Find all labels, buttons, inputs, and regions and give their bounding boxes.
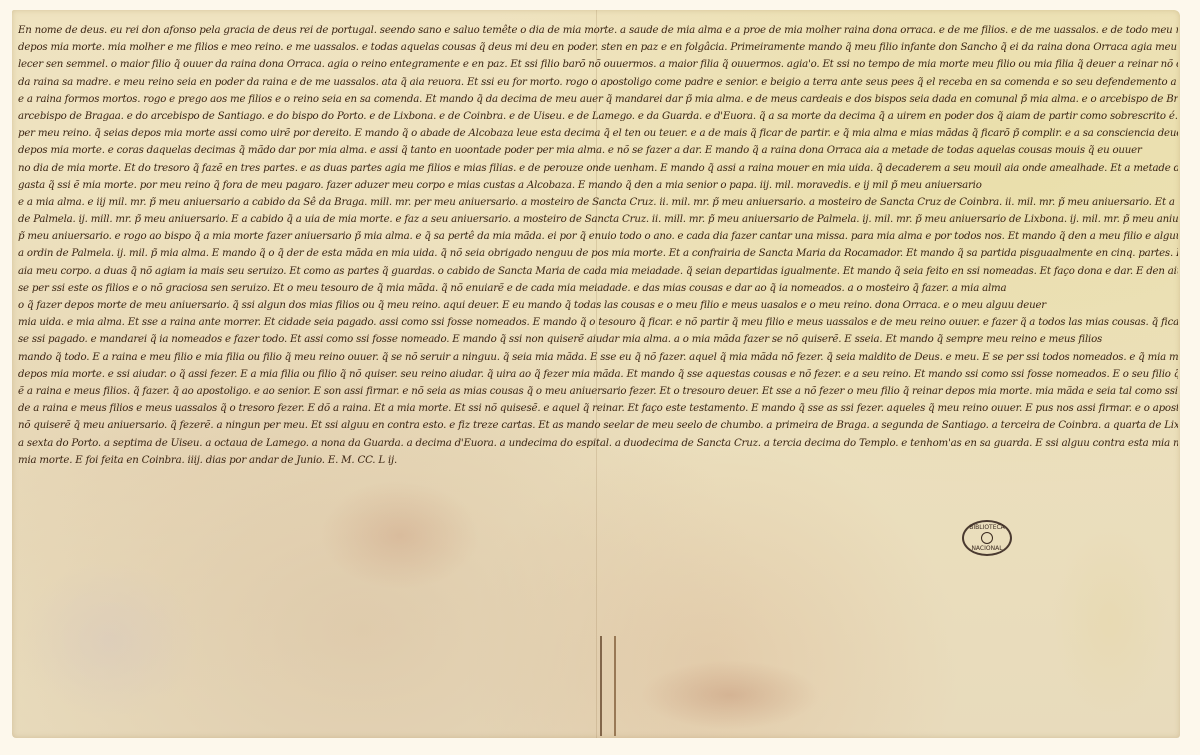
text-line: mia uida. e mia alma. Et sse a raina ant… bbox=[18, 314, 1178, 331]
text-line: mia morte. E foi feita en Coinbra. iiij.… bbox=[18, 452, 1178, 469]
library-stamp: BIBLIOTECA NACIONAL bbox=[962, 520, 1012, 556]
text-line: depos mia morte. e coras daquelas decima… bbox=[18, 142, 1178, 159]
stain bbox=[1050, 520, 1170, 720]
stamp-top-text: BIBLIOTECA bbox=[969, 524, 1005, 531]
text-line: e a mia alma. e iij mil. mr. p̃ meu aniu… bbox=[18, 194, 1178, 211]
stamp-emblem-icon bbox=[981, 532, 993, 544]
text-line: se per ssi este os filios e o nõ gracios… bbox=[18, 280, 1178, 297]
text-line: a sexta do Porto. a septima de Uiseu. a … bbox=[18, 435, 1178, 452]
text-line: no dia de mia morte. Et do tresoro q̃ fa… bbox=[18, 160, 1178, 177]
stain bbox=[20, 560, 200, 720]
text-line: e a raina formos mortos. rogo e prego ao… bbox=[18, 91, 1178, 108]
text-line: mando q̃ todo. E a raina e meu filio e m… bbox=[18, 349, 1178, 366]
text-line: nõ quiserẽ q̃ meu aniuersario. q̃ fezerẽ… bbox=[18, 417, 1178, 434]
text-line: da raina sa madre. e meu reino seia en p… bbox=[18, 74, 1178, 91]
text-line: arcebispo de Bragaa. e do arcebispo de S… bbox=[18, 108, 1178, 125]
text-line: a ordin de Palmela. ij. mil. p̃ mia alma… bbox=[18, 245, 1178, 262]
text-line: ẽ a raina e meus filios. q̃ fazer. q̃ ao… bbox=[18, 383, 1178, 400]
text-line: depos mia morte. e ssi aiudar. o q̃ assi… bbox=[18, 366, 1178, 383]
manuscript-text: En nome de deus. eu rei don afonso pela … bbox=[18, 22, 1178, 469]
text-line: per meu reino. q̃ seias depos mia morte … bbox=[18, 125, 1178, 142]
text-line: p̃ meu aniuersario. e rogo ao bispo q̃ a… bbox=[18, 228, 1178, 245]
text-line: depos mia morte. mia molher e me filios … bbox=[18, 39, 1178, 56]
text-line: se ssi pagado. e mandarei q̃ ia nomeados… bbox=[18, 331, 1178, 348]
text-line: de Palmela. ij. mill. mr. p̃ meu aniuers… bbox=[18, 211, 1178, 228]
seal-cord-remnant bbox=[600, 636, 616, 736]
stain bbox=[640, 660, 820, 730]
text-line: aia meu corpo. a duas q̃ nõ agiam ia mai… bbox=[18, 263, 1178, 280]
stamp-bottom-text: NACIONAL bbox=[969, 545, 1005, 552]
stain bbox=[320, 480, 480, 590]
text-line: o q̃ fazer depos morte de meu aniuersari… bbox=[18, 297, 1178, 314]
text-line: de a raina e meus filios e meus uassalos… bbox=[18, 400, 1178, 417]
text-line: En nome de deus. eu rei don afonso pela … bbox=[18, 22, 1178, 39]
text-line: gasta q̃ ssi ẽ mia morte. por meu reino … bbox=[18, 177, 1178, 194]
text-line: lecer sen semmel. o maior filio q̃ ouuer… bbox=[18, 56, 1178, 73]
